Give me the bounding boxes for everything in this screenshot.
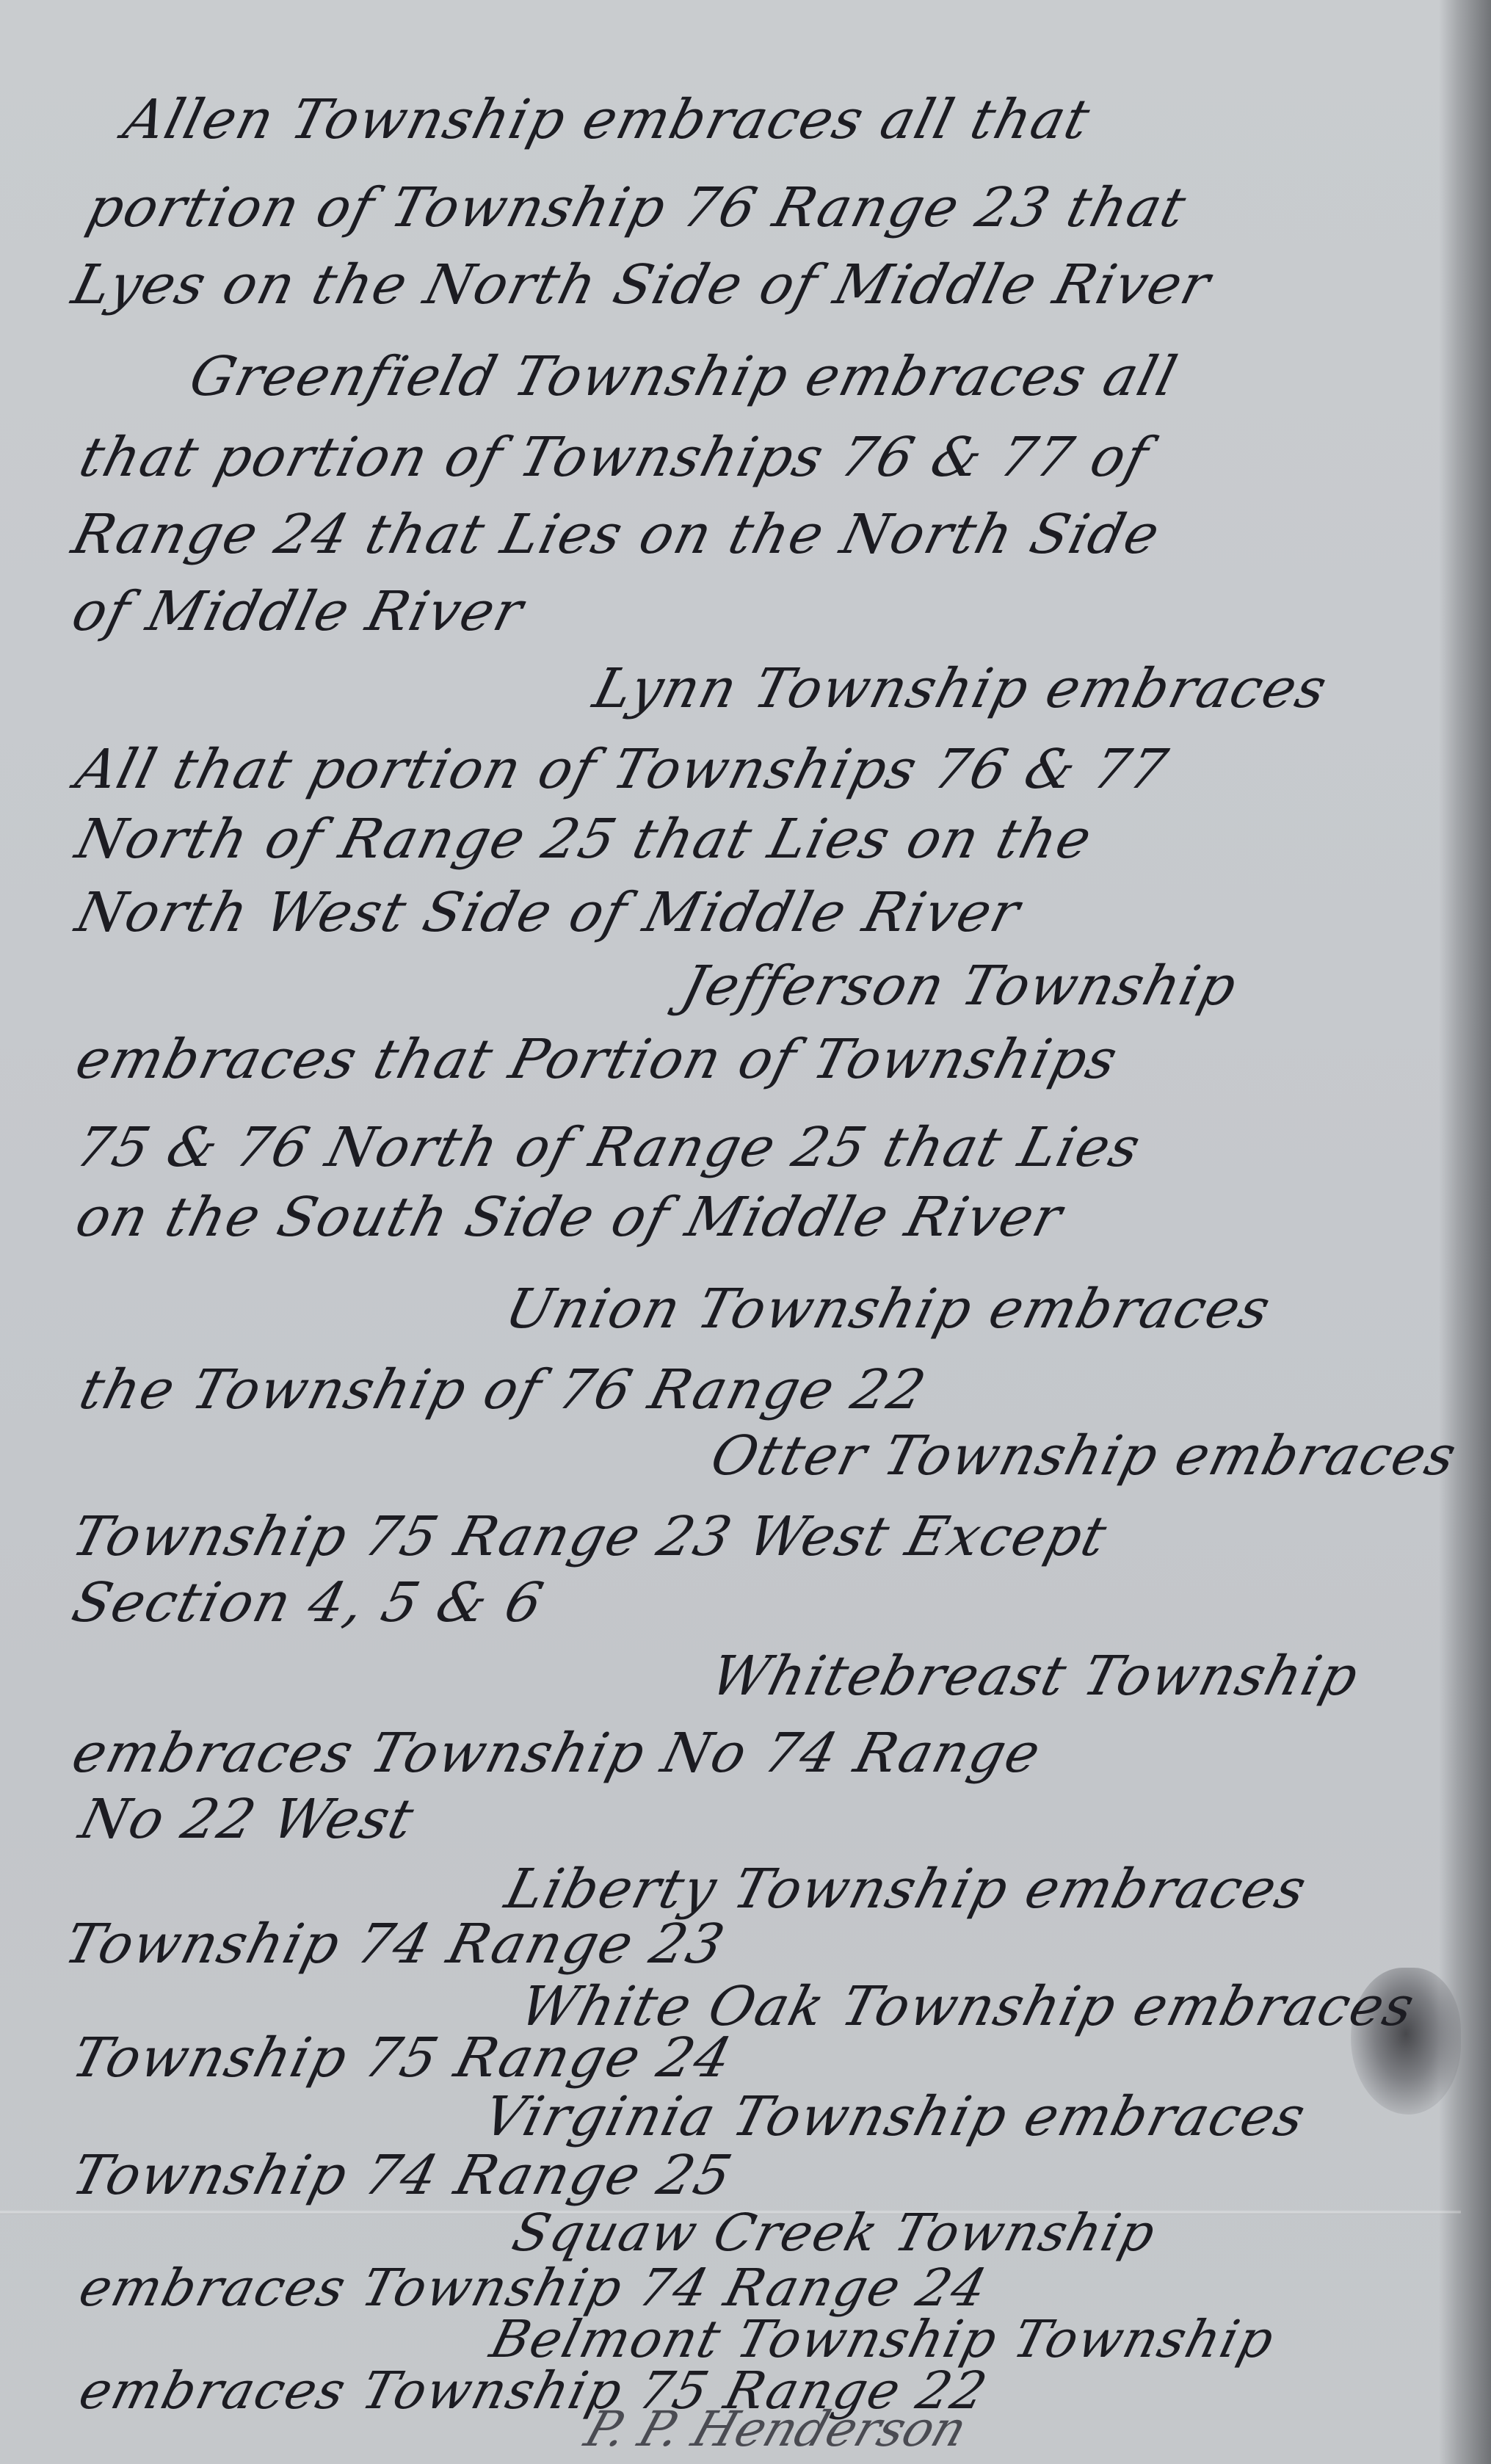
whitebreast-line-3: No 22 West [73, 1788, 421, 1851]
greenfield-line-3: Range 24 that Lies on the North Side [66, 503, 1167, 566]
lynn-line-3: North of Range 25 that Lies on the [70, 808, 1099, 871]
signature-name: P. P. Henderson [578, 2401, 973, 2457]
jefferson-line-2: embraces that Portion of Townships [70, 1028, 1125, 1091]
allen-line-1: Allen Township embraces all that [117, 88, 1097, 151]
jefferson-line-1: Jefferson Township [675, 954, 1244, 1018]
greenfield-line-1: Greenfield Township embraces all [184, 345, 1184, 408]
liberty-line-2: Township 74 Range 23 [59, 1913, 732, 1976]
white-oak-line-2: Township 75 Range 24 [66, 2026, 739, 2090]
jefferson-line-4: on the South Side of Middle River [70, 1186, 1070, 1249]
squaw-creek-line-1: Squaw Creek Township [507, 2203, 1162, 2263]
virginia-line-2: Township 74 Range 25 [66, 2144, 739, 2207]
whitebreast-line-2: embraces Township No 74 Range [66, 1722, 1048, 1785]
union-line-1: Union Township embraces [499, 1278, 1277, 1341]
greenfield-line-2: that portion of Townships 76 & 77 of [73, 426, 1156, 489]
otter-line-3: Section 4, 5 & 6 [66, 1571, 551, 1634]
otter-line-2: Township 75 Range 23 West Except [66, 1505, 1114, 1568]
greenfield-line-4: of Middle River [66, 580, 530, 643]
jefferson-line-3: 75 & 76 North of Range 25 that Lies [70, 1116, 1147, 1179]
lynn-line-4: North West Side of Middle River [70, 881, 1027, 944]
whitebreast-line-1: Whitebreast Township [705, 1645, 1365, 1708]
document-page: Allen Township embraces all that portion… [0, 0, 1491, 2464]
allen-line-3: Lyes on the North Side of Middle River [66, 253, 1217, 316]
lynn-line-2: All that portion of Townships 76 & 77 [70, 738, 1175, 801]
allen-line-2: portion of Township 76 Range 23 that [81, 176, 1193, 239]
virginia-line-1: Virginia Township embraces [477, 2085, 1313, 2148]
union-line-2: the Township of 76 Range 22 [73, 1358, 933, 1421]
lynn-line-1: Lynn Township embraces [587, 657, 1334, 720]
otter-line-1: Otter Township embraces [705, 1424, 1464, 1488]
liberty-line-1: Liberty Township embraces [499, 1858, 1313, 1921]
